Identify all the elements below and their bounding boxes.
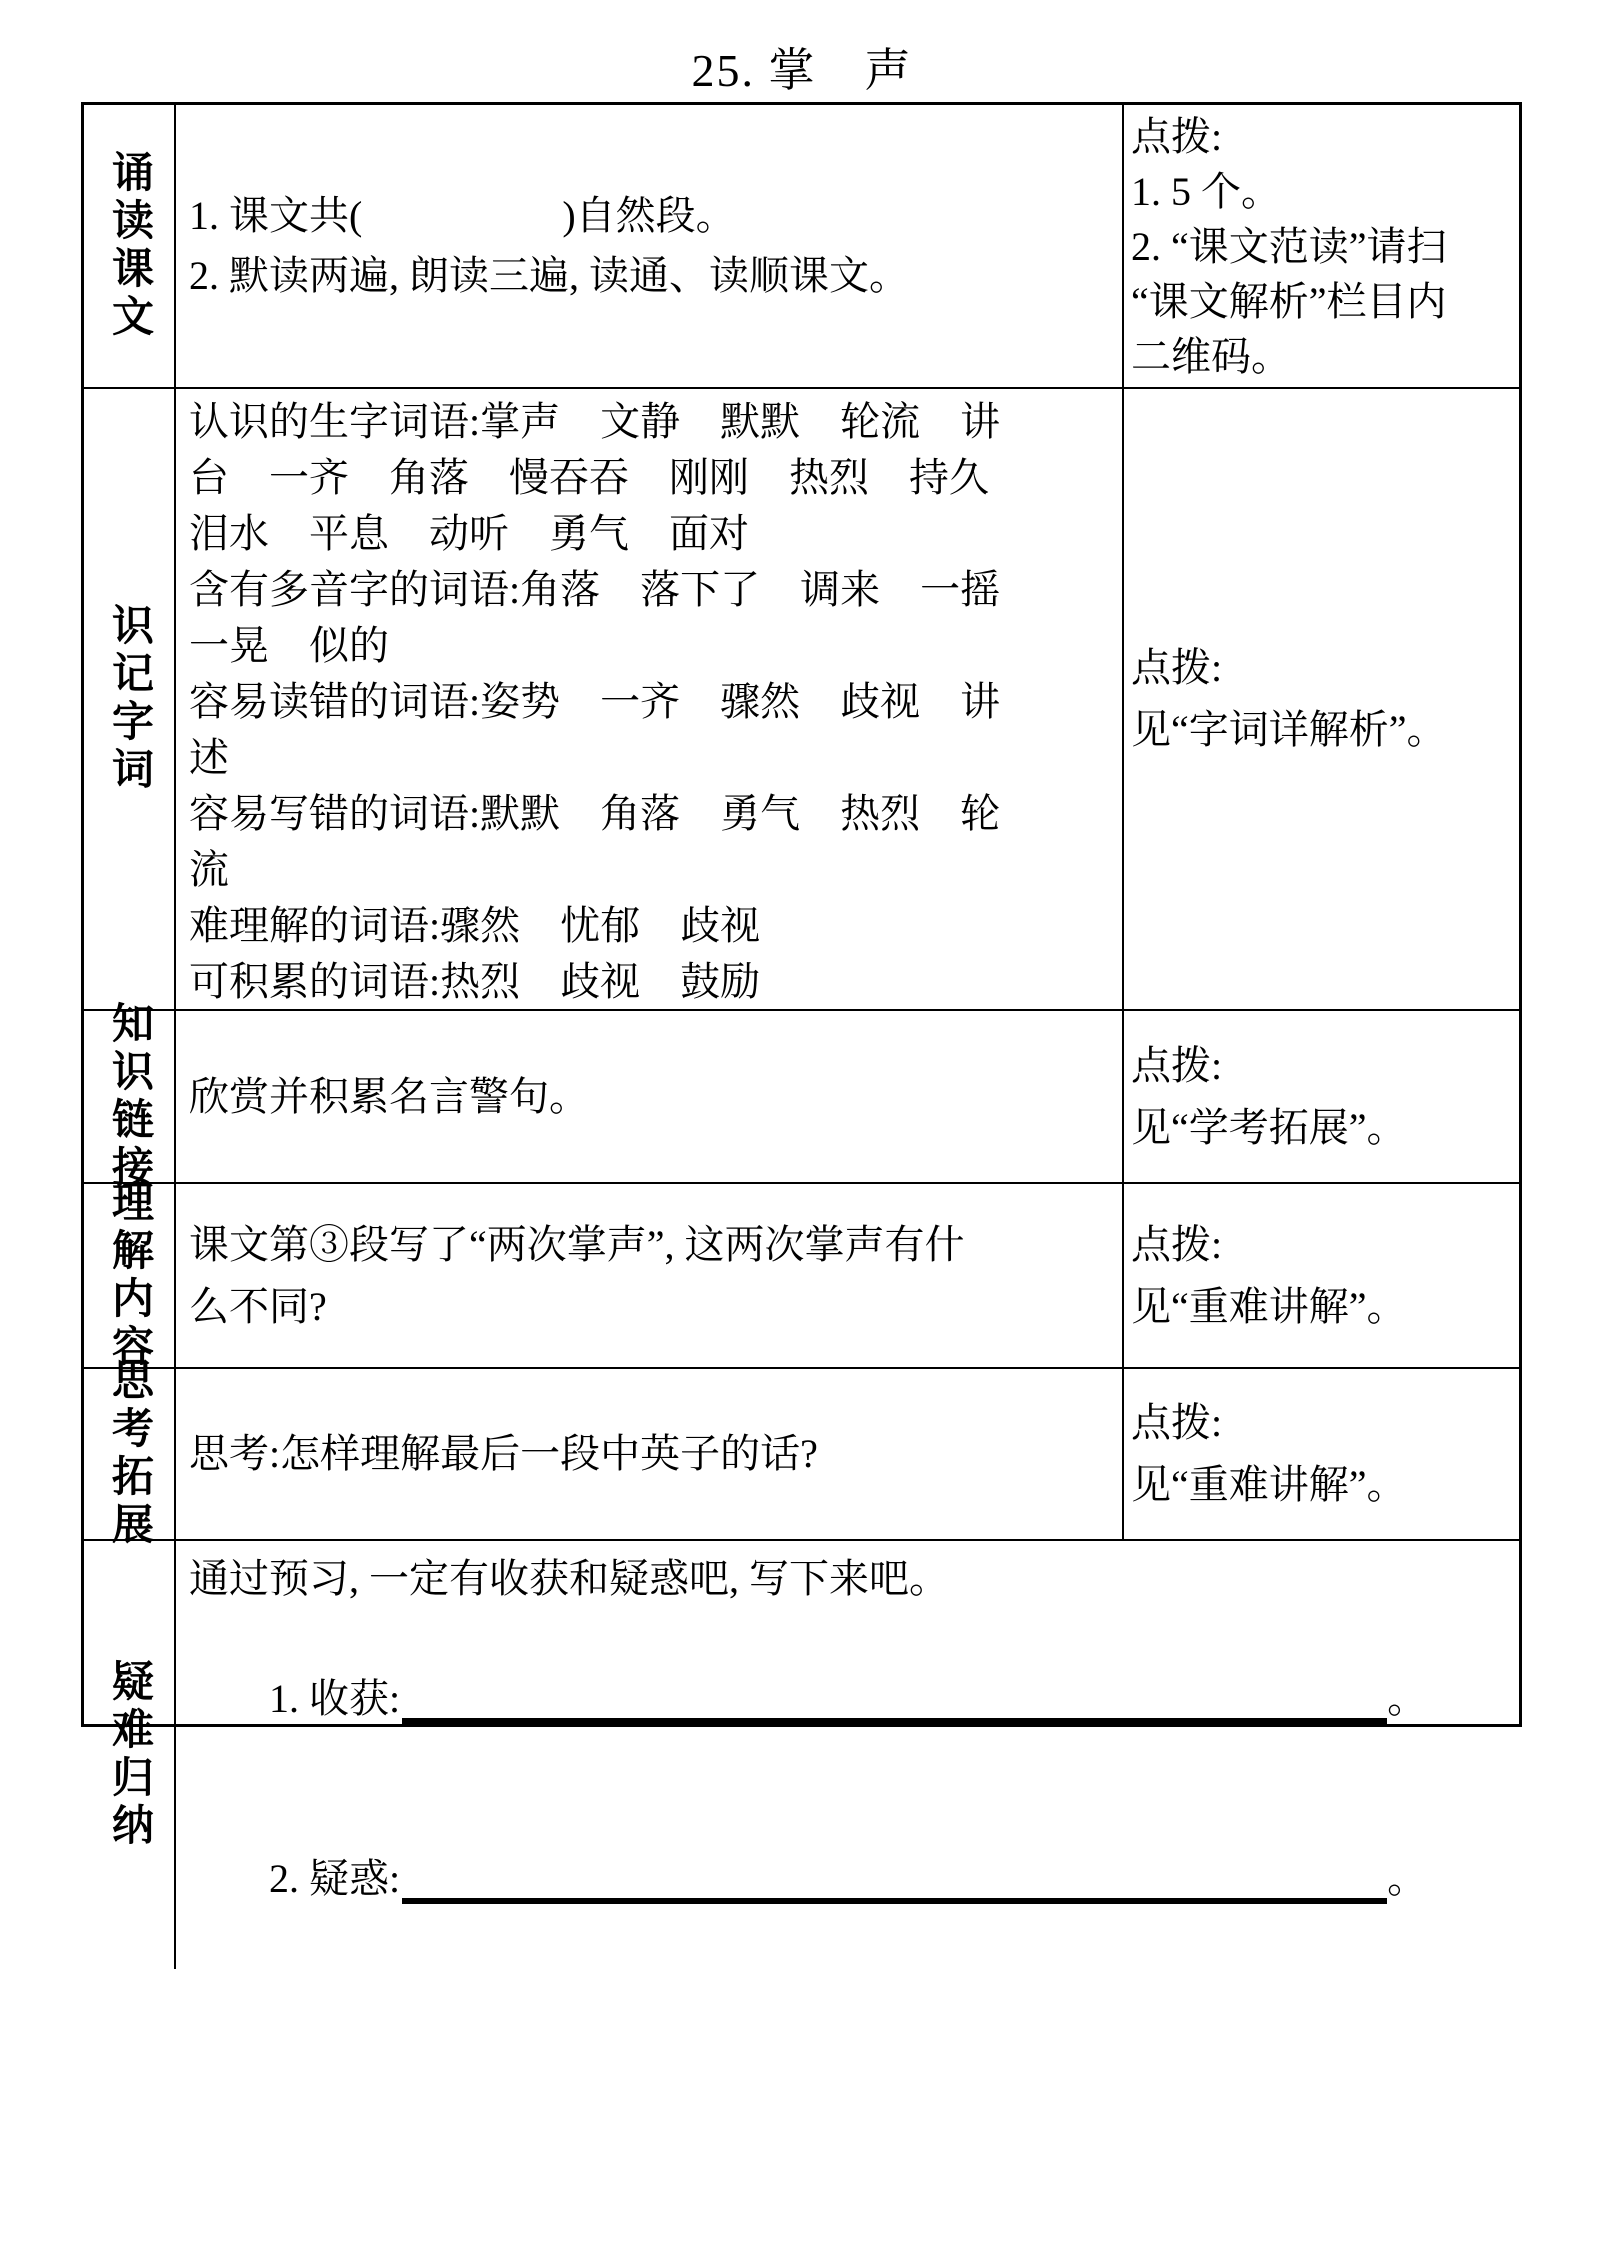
- section-label-knowledge-link: 知识链接: [84, 1011, 176, 1184]
- tip-think-expand: 点拨: 见“重难讲解”。: [1124, 1369, 1519, 1541]
- content-line: 容易写错的词语:默默 角落 勇气 热烈 轮: [189, 786, 1116, 842]
- tip-line: 2. “课文范读”请扫: [1131, 219, 1515, 274]
- content-line: 述: [189, 730, 1116, 786]
- content-line: 欣赏并积累名言警句。: [189, 1067, 1116, 1127]
- content-line: 一晃 似的: [189, 618, 1116, 674]
- content-line: 难理解的词语:骤然 忧郁 歧视: [189, 898, 1116, 954]
- section-label-recite-text: 诵读课文: [84, 105, 176, 389]
- tip-line: 点拨:: [1131, 637, 1515, 699]
- content-line: 么不同?: [189, 1276, 1116, 1338]
- content-questions-summary: 通过预习, 一定有收获和疑惑吧, 写下来吧。 1. 收获:。 2. 疑惑:。: [176, 1541, 1519, 1969]
- section-label-text: 疑难归纳: [108, 1659, 150, 1851]
- section-label-text: 识记字词: [108, 603, 150, 795]
- tip-line: 点拨:: [1131, 1214, 1515, 1276]
- content-line: 台 一齐 角落 慢吞吞 刚刚 热烈 持久: [189, 450, 1116, 506]
- tip-understand-content: 点拨: 见“重难讲解”。: [1124, 1184, 1519, 1369]
- tip-line: 见“重难讲解”。: [1131, 1454, 1515, 1516]
- content-line: 泪水 平息 动听 勇气 面对: [189, 506, 1116, 562]
- fill-in-suffix: 。: [1387, 1856, 1427, 1901]
- study-guide-table: 诵读课文 1. 课文共( )自然段。 2. 默读两遍, 朗读三遍, 读通、读顺课…: [81, 102, 1522, 1727]
- section-label-memorize-words: 识记字词: [84, 389, 176, 1011]
- content-line: 通过预习, 一定有收获和疑惑吧, 写下来吧。: [189, 1549, 1513, 1609]
- tip-line: 点拨:: [1131, 1035, 1515, 1097]
- fill-in-line-doubts: 2. 疑惑:。: [189, 1789, 1513, 1969]
- content-line: 1. 课文共( )自然段。: [189, 186, 1116, 246]
- content-line: 可积累的词语:热烈 歧视 鼓励: [189, 954, 1116, 1010]
- worksheet-page: 25. 掌 声 诵读课文 1. 课文共( )自然段。 2. 默读两遍, 朗读三遍…: [0, 0, 1604, 2261]
- content-think-expand: 思考:怎样理解最后一段中英子的话?: [176, 1369, 1124, 1541]
- content-line: 容易读错的词语:姿势 一齐 骤然 歧视 讲: [189, 674, 1116, 730]
- content-memorize-words: 认识的生字词语:掌声 文静 默默 轮流 讲 台 一齐 角落 慢吞吞 刚刚 热烈 …: [176, 389, 1124, 1011]
- section-label-questions-summary: 疑难归纳: [84, 1541, 176, 1969]
- content-understand-content: 课文第③段写了“两次掌声”, 这两次掌声有什 么不同?: [176, 1184, 1124, 1369]
- tip-line: 1. 5 个。: [1131, 164, 1515, 219]
- content-line: 思考:怎样理解最后一段中英子的话?: [189, 1424, 1116, 1484]
- section-label-text: 思考拓展: [108, 1358, 150, 1550]
- fill-in-prefix: 2. 疑惑:: [269, 1856, 400, 1901]
- fill-in-suffix: 。: [1387, 1676, 1427, 1721]
- fill-in-line-gains: 1. 收获:。: [189, 1609, 1513, 1789]
- section-label-understand-content: 理解内容: [84, 1184, 176, 1369]
- tip-line: 见“字词详解析”。: [1131, 699, 1515, 761]
- content-line: 课文第③段写了“两次掌声”, 这两次掌声有什: [189, 1214, 1116, 1276]
- fill-in-blank-underline: [402, 1860, 1387, 1904]
- tip-line: 见“重难讲解”。: [1131, 1276, 1515, 1338]
- content-line: 2. 默读两遍, 朗读三遍, 读通、读顺课文。: [189, 246, 1116, 306]
- tip-knowledge-link: 点拨: 见“学考拓展”。: [1124, 1011, 1519, 1184]
- tip-line: 点拨:: [1131, 109, 1515, 164]
- content-line: 流: [189, 842, 1116, 898]
- content-recite-text: 1. 课文共( )自然段。 2. 默读两遍, 朗读三遍, 读通、读顺课文。: [176, 105, 1124, 389]
- content-knowledge-link: 欣赏并积累名言警句。: [176, 1011, 1124, 1184]
- fill-in-blank-underline: [402, 1680, 1387, 1724]
- tip-recite-text: 点拨: 1. 5 个。 2. “课文范读”请扫 “课文解析”栏目内 二维码。: [1124, 105, 1519, 389]
- content-line: 认识的生字词语:掌声 文静 默默 轮流 讲: [189, 394, 1116, 450]
- tip-line: “课文解析”栏目内: [1131, 274, 1515, 329]
- section-label-text: 知识链接: [108, 1001, 150, 1193]
- section-label-text: 理解内容: [108, 1180, 150, 1372]
- tip-line: 二维码。: [1131, 329, 1515, 384]
- tip-line: 见“学考拓展”。: [1131, 1097, 1515, 1159]
- tip-line: 点拨:: [1131, 1392, 1515, 1454]
- lesson-title: 25. 掌 声: [0, 34, 1604, 100]
- content-line: 含有多音字的词语:角落 落下了 调来 一摇: [189, 562, 1116, 618]
- section-label-text: 诵读课文: [108, 150, 150, 342]
- tip-memorize-words: 点拨: 见“字词详解析”。: [1124, 389, 1519, 1011]
- fill-in-prefix: 1. 收获:: [269, 1676, 400, 1721]
- section-label-think-expand: 思考拓展: [84, 1369, 176, 1541]
